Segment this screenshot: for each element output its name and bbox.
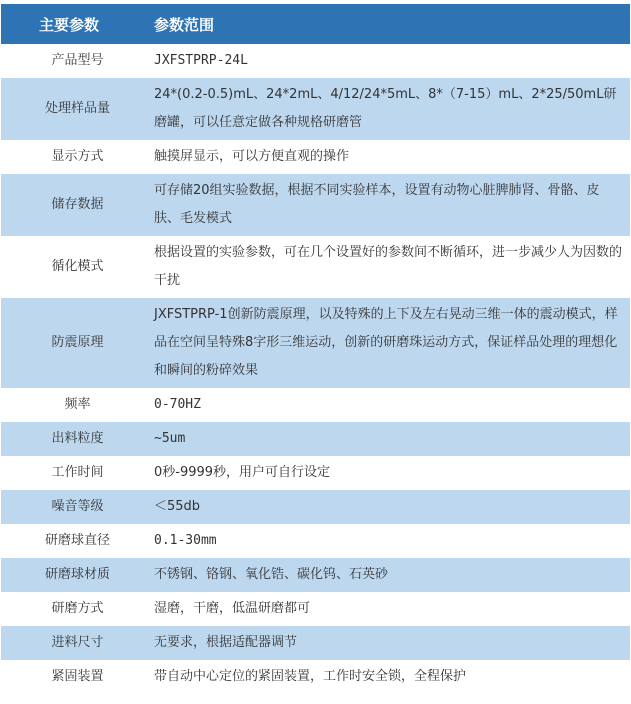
row-value: 0-70HZ <box>154 388 630 422</box>
row-value: JXFSTPRP-24L <box>154 44 630 78</box>
row-label: 出料粒度 <box>1 422 154 456</box>
table-row-feed-size: 进料尺寸 无要求，根据适配器调节 <box>1 626 630 660</box>
table-row-ball-material: 研磨球材质 不锈钢、铬钢、氧化锆、碳化钨、石英砂 <box>1 558 630 592</box>
row-value: 触摸屏显示，可以方便直观的操作 <box>154 140 630 174</box>
table-row-grinding-method: 研磨方式 湿磨，干磨，低温研磨都可 <box>1 592 630 626</box>
row-label: 噪音等级 <box>1 490 154 524</box>
table-row-shockproof-principle: 防震原理 JXFSTPRP-1创新防震原理，以及特殊的上下及左右晃动三维一体的震… <box>1 298 630 388</box>
row-value: 不锈钢、铬钢、氧化锆、碳化钨、石英砂 <box>154 558 630 592</box>
row-label: 研磨方式 <box>1 592 154 626</box>
row-label: 频率 <box>1 388 154 422</box>
row-label: 工作时间 <box>1 456 154 490</box>
row-value: ＜55db <box>154 490 630 524</box>
parameter-table: 主要参数 参数范围 产品型号 JXFSTPRP-24L 处理样品量 24*(0.… <box>1 4 630 694</box>
row-label: 循化模式 <box>1 236 154 298</box>
row-label: 产品型号 <box>1 44 154 78</box>
header-main-parameter: 主要参数 <box>1 4 154 44</box>
row-value: 无要求，根据适配器调节 <box>154 626 630 660</box>
row-label: 进料尺寸 <box>1 626 154 660</box>
table-row-display-mode: 显示方式 触摸屏显示，可以方便直观的操作 <box>1 140 630 174</box>
header-parameter-range: 参数范围 <box>154 4 630 44</box>
table-row-sample-capacity: 处理样品量 24*(0.2-0.5)mL、24*2mL、4/12/24*5mL、… <box>1 78 630 140</box>
table-row-ball-diameter: 研磨球直径 0.1-30mm <box>1 524 630 558</box>
table-row-data-storage: 储存数据 可存储20组实验数据，根据不同实验样本，设置有动物心脏脾肺肾、骨骼、皮… <box>1 174 630 236</box>
row-label: 显示方式 <box>1 140 154 174</box>
table-row-fastening-device: 紧固装置 带自动中心定位的紧固装置，工作时安全锁，全程保护 <box>1 660 630 694</box>
row-value: 带自动中心定位的紧固装置，工作时安全锁，全程保护 <box>154 660 630 694</box>
row-label: 研磨球直径 <box>1 524 154 558</box>
row-value: 0.1-30mm <box>154 524 630 558</box>
row-value: 0秒-9999秒，用户可自行设定 <box>154 456 630 490</box>
row-value: ~5um <box>154 422 630 456</box>
table-row-output-granularity: 出料粒度 ~5um <box>1 422 630 456</box>
row-value: 24*(0.2-0.5)mL、24*2mL、4/12/24*5mL、8*（7-1… <box>154 78 630 140</box>
row-value: 根据设置的实验参数，可在几个设置好的参数间不断循环，进一步减少人为因数的干扰 <box>154 236 630 298</box>
row-label: 紧固装置 <box>1 660 154 694</box>
row-value: 可存储20组实验数据，根据不同实验样本，设置有动物心脏脾肺肾、骨骼、皮肤、毛发模… <box>154 174 630 236</box>
row-label: 研磨球材质 <box>1 558 154 592</box>
table-row-noise-level: 噪音等级 ＜55db <box>1 490 630 524</box>
row-value: 湿磨，干磨，低温研磨都可 <box>154 592 630 626</box>
table-row-cycle-mode: 循化模式 根据设置的实验参数，可在几个设置好的参数间不断循环，进一步减少人为因数… <box>1 236 630 298</box>
table-row-working-time: 工作时间 0秒-9999秒，用户可自行设定 <box>1 456 630 490</box>
table-row-frequency: 频率 0-70HZ <box>1 388 630 422</box>
row-label: 储存数据 <box>1 174 154 236</box>
row-label: 处理样品量 <box>1 78 154 140</box>
row-label: 防震原理 <box>1 298 154 388</box>
table-row-product-model: 产品型号 JXFSTPRP-24L <box>1 44 630 78</box>
row-value: JXFSTPRP-1创新防震原理，以及特殊的上下及左右晃动三维一体的震动模式，样… <box>154 298 630 388</box>
table-header-row: 主要参数 参数范围 <box>1 4 630 44</box>
